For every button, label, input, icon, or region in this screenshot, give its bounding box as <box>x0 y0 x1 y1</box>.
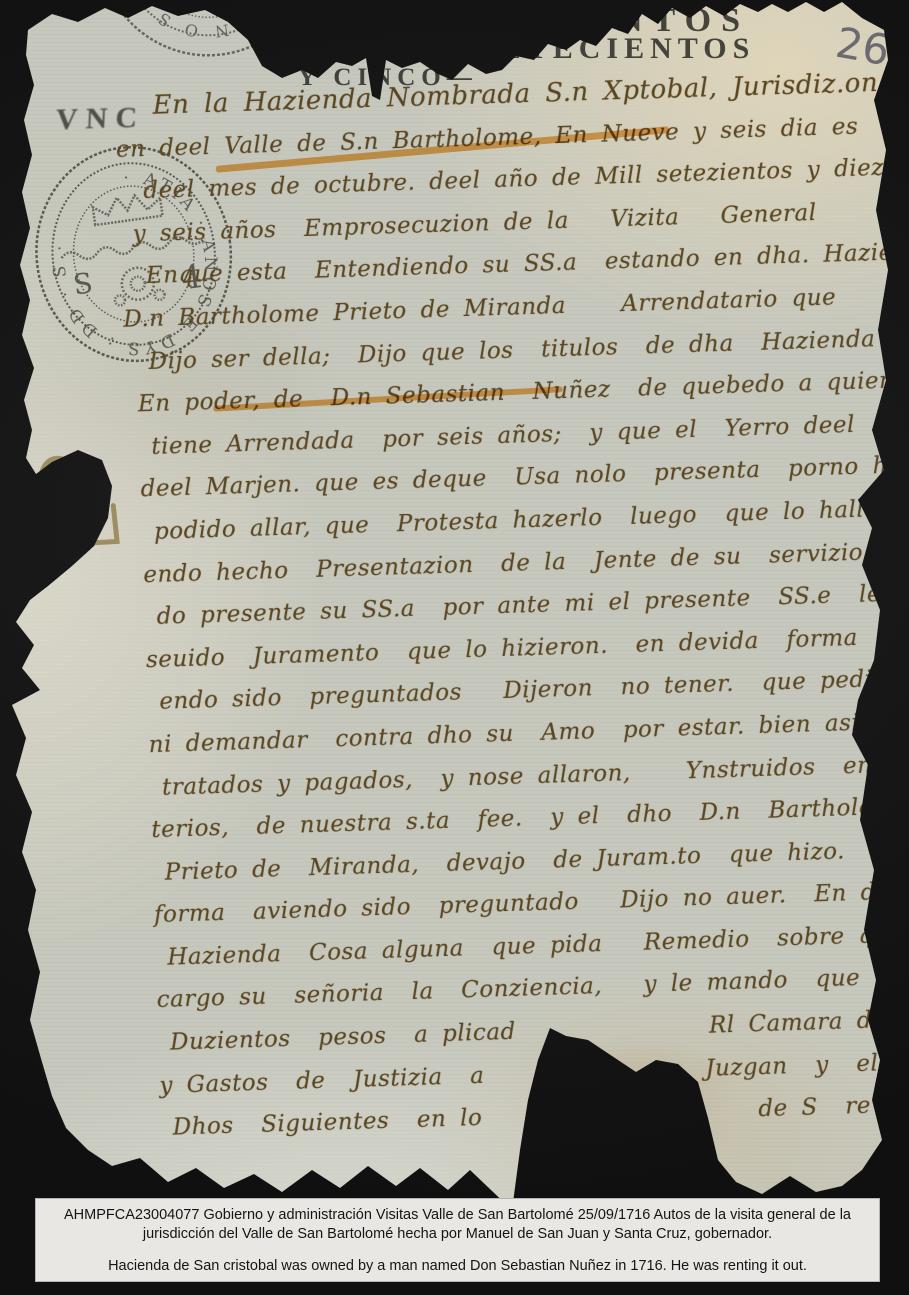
archive-caption-box: AHMPFCA23004077 Gobierno y administració… <box>35 1198 880 1282</box>
caption-gap <box>36 1244 879 1257</box>
manuscript-paper: · S · D · G · A N O S · D · · ATIA · ANO… <box>0 0 909 1295</box>
manuscript-lines: En la Hazienda Nombrada S.n Xptobal, Jur… <box>112 61 909 1150</box>
caption-line-2: jurisdicción del Valle de San Bartolomé … <box>36 1225 879 1244</box>
notary-paraph-icon <box>17 441 127 587</box>
printed-header-fragment-middle: Y SETECIENTOS <box>438 32 755 66</box>
caption-line-3: Hacienda de San cristobal was owned by a… <box>36 1257 879 1276</box>
photograph-stage: · S · D · G · A N O S · D · · ATIA · ANO… <box>0 0 909 1295</box>
svg-text:S: S <box>71 266 95 301</box>
caption-line-1: AHMPFCA23004077 Gobierno y administració… <box>36 1206 879 1225</box>
svg-text:· S · D · G · A N O S · D ·: · S · D · G · A N O S · D · <box>92 0 335 75</box>
